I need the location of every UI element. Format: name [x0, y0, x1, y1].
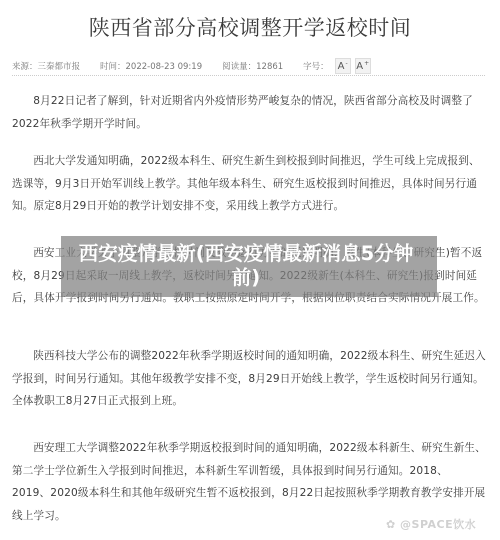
plus-icon: +	[364, 60, 369, 67]
view-count: 阅读量：12861	[222, 60, 283, 72]
font-decrease-button[interactable]: A-	[335, 58, 351, 74]
article-meta: 来源：三秦都市报 时间：2022-08-23 09:19 阅读量：12861 字…	[12, 55, 488, 77]
paragraph-nwu: 西北大学发通知明确，2022级本科生、研究生新生到校报到时间推迟，学生可线上完成…	[12, 150, 486, 218]
headline-overlay-text: 西安疫情最新(西安疫情最新消息5分钟前)	[61, 236, 437, 297]
meta-divider	[12, 75, 485, 76]
publish-time: 时间：2022-08-23 09:19	[100, 60, 202, 72]
source-label: 来源：三秦都市报	[12, 60, 80, 72]
paragraph-sust: 陕西科技大学公布的调整2022年秋季学期返校时间的通知明确，2022级本科生、研…	[12, 345, 486, 413]
font-size-label: 字号：	[303, 60, 329, 72]
article-title: 陕西省部分高校调整开学返校时间	[0, 12, 500, 42]
font-increase-button[interactable]: A+	[355, 58, 371, 74]
paragraph-intro: 8月22日记者了解到，针对近期省内外疫情形势严峻复杂的情况，陕西省部分高校及时调…	[12, 90, 486, 135]
font-decrease-glyph: A	[338, 61, 345, 72]
paragraph-xaut: 西安理工大学调整2022年秋季学期返校报到时间的通知明确，2022级本科新生、研…	[12, 437, 486, 527]
font-increase-glyph: A	[356, 61, 363, 72]
minus-icon: -	[346, 60, 348, 67]
watermark: ✿ @SPACE饮水	[386, 516, 476, 532]
